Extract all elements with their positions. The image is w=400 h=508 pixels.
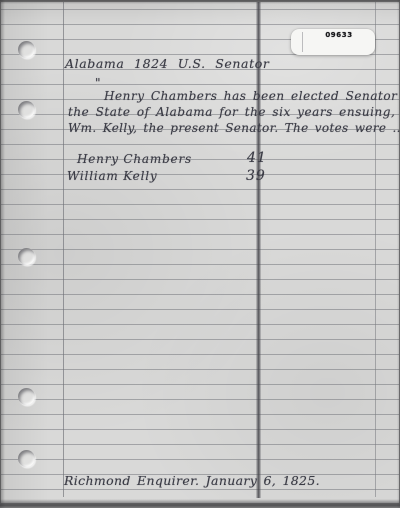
opening-quote-mark: "	[95, 76, 101, 90]
punch-hole	[18, 248, 35, 265]
vote-count: 39	[246, 168, 266, 184]
note-title: Alabama 1824 U.S. Senator	[65, 56, 269, 71]
source-citation: Richmond Enquirer. January 6, 1825.	[64, 473, 320, 488]
vote-candidate-name: William Kelly	[67, 169, 157, 183]
punch-hole	[18, 101, 35, 118]
punch-hole	[18, 450, 35, 467]
scanned-notebook-page: 09633 Alabama 1824 U.S. Senator " Henry …	[0, 0, 400, 508]
note-body-line: Henry Chambers has been elected Senator …	[104, 89, 400, 103]
punch-hole	[18, 388, 35, 405]
scan-edge	[0, 0, 400, 4]
left-margin-line	[63, 2, 64, 497]
vote-count: 41	[247, 150, 267, 166]
ruled-lines	[1, 9, 399, 496]
notebook-paper: 09633 Alabama 1824 U.S. Senator " Henry …	[1, 2, 399, 503]
note-body-line: the State of Alabama for the six years e…	[68, 105, 400, 119]
scan-edge	[0, 0, 5, 508]
punch-hole	[18, 41, 35, 58]
right-column-line	[375, 2, 376, 497]
scan-edge	[0, 499, 400, 508]
center-crease-line	[256, 2, 261, 498]
label-number: 09633	[303, 31, 375, 39]
vote-candidate-name: Henry Chambers	[77, 152, 192, 166]
catalog-label: 09633	[291, 29, 375, 55]
note-body-line: Wm. Kelly, the present Senator. The vote…	[68, 121, 400, 135]
